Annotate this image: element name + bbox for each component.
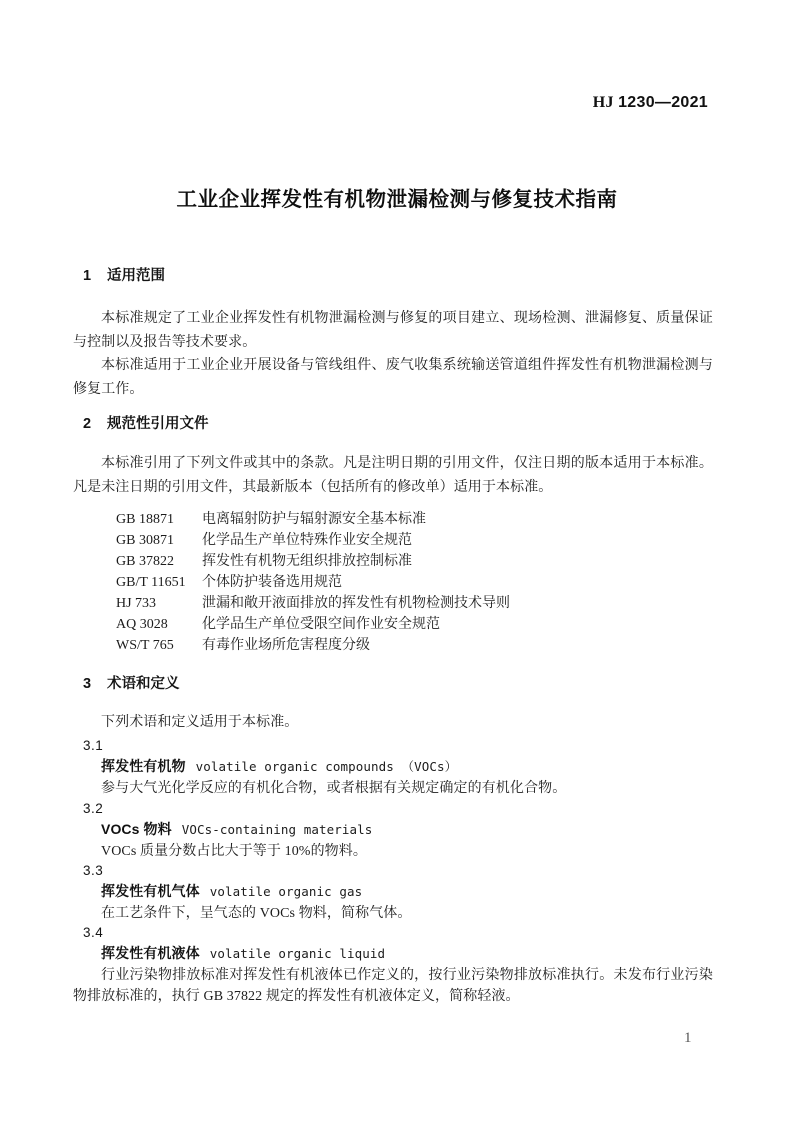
term-title-line: 挥发性有机物volatile organic compounds （VOCs） (73, 756, 713, 778)
term-number: 3.1 (83, 735, 713, 756)
reference-title: 挥发性有机物无组织排放控制标准 (202, 554, 412, 569)
reference-code: GB 30871 (116, 530, 202, 551)
section-2-heading: 2规范性引用文件 (73, 415, 713, 434)
term-definition: VOCs 质量分数占比大于等于 10%的物料。 (73, 841, 713, 862)
section-2-intro: 本标准引用了下列文件或其中的条款。凡是注明日期的引用文件，仅注日期的版本适用于本… (73, 452, 713, 499)
term-title-line: 挥发性有机液体volatile organic liquid (73, 943, 713, 965)
reference-title: 化学品生产单位受限空间作业安全规范 (202, 617, 440, 632)
reference-code: GB 18871 (116, 509, 202, 530)
reference-code: GB/T 11651 (116, 572, 202, 593)
term-name-en: volatile organic compounds （VOCs） (196, 759, 458, 774)
document-page: HJ 1230—2021 工业企业挥发性有机物泄漏检测与修复技术指南 1适用范围… (0, 0, 794, 1123)
term-definition: 行业污染物排放标准对挥发性有机液体已作定义的，按行业污染物排放标准执行。未发布行… (73, 965, 713, 1007)
reference-item: HJ 733泄漏和敞开液面排放的挥发性有机物检测技术导则 (73, 593, 713, 614)
term-name-zh: 挥发性有机液体 (101, 945, 200, 961)
section-2-intro-block: 本标准引用了下列文件或其中的条款。凡是注明日期的引用文件，仅注日期的版本适用于本… (73, 452, 713, 499)
reference-title: 泄漏和敞开液面排放的挥发性有机物检测技术导则 (202, 596, 510, 611)
reference-code: GB 37822 (116, 551, 202, 572)
section-2-title: 规范性引用文件 (107, 416, 209, 432)
section-1-paragraph-1: 本标准规定了工业企业挥发性有机物泄漏检测与修复的项目建立、现场检测、泄漏修复、质… (73, 307, 713, 354)
section-1-heading: 1适用范围 (73, 267, 713, 286)
reference-item: GB/T 11651个体防护装备选用规范 (73, 572, 713, 593)
term-definition: 在工艺条件下，呈气态的 VOCs 物料，简称气体。 (73, 903, 713, 924)
term-number: 3.3 (83, 860, 713, 881)
document-title: 工业企业挥发性有机物泄漏检测与修复技术指南 (0, 185, 794, 215)
section-1-title: 适用范围 (107, 268, 165, 284)
term-3-1: 3.1 挥发性有机物volatile organic compounds （VO… (73, 735, 713, 799)
reference-title: 个体防护装备选用规范 (202, 575, 342, 590)
section-3-intro-block: 下列术语和定义适用于本标准。 (73, 712, 713, 733)
reference-item: WS/T 765有毒作业场所危害程度分级 (73, 635, 713, 656)
term-3-4: 3.4 挥发性有机液体volatile organic liquid 行业污染物… (73, 922, 713, 1007)
term-3-2: 3.2 VOCs 物料VOCs-containing materials VOC… (73, 798, 713, 862)
reference-item: GB 18871电离辐射防护与辐射源安全基本标准 (73, 509, 713, 530)
reference-title: 电离辐射防护与辐射源安全基本标准 (202, 512, 426, 527)
section-1-body: 本标准规定了工业企业挥发性有机物泄漏检测与修复的项目建立、现场检测、泄漏修复、质… (73, 307, 713, 401)
reference-code: HJ 733 (116, 593, 202, 614)
term-name-en: volatile organic liquid (210, 946, 385, 961)
term-number: 3.4 (83, 922, 713, 943)
reference-title: 化学品生产单位特殊作业安全规范 (202, 533, 412, 548)
reference-item: AQ 3028化学品生产单位受限空间作业安全规范 (73, 614, 713, 635)
term-name-en: VOCs-containing materials (182, 822, 373, 837)
doc-number-label: HJ (593, 94, 614, 111)
term-number: 3.2 (83, 798, 713, 819)
term-name-zh: 挥发性有机气体 (101, 883, 200, 899)
term-name-zh: VOCs 物料 (101, 821, 172, 837)
term-title-line: 挥发性有机气体volatile organic gas (73, 881, 713, 903)
doc-number-value: 1230—2021 (618, 94, 708, 111)
reference-list: GB 18871电离辐射防护与辐射源安全基本标准 GB 30871化学品生产单位… (73, 509, 713, 656)
section-3-intro: 下列术语和定义适用于本标准。 (73, 712, 713, 733)
reference-item: GB 30871化学品生产单位特殊作业安全规范 (73, 530, 713, 551)
section-3-heading: 3术语和定义 (73, 675, 713, 694)
page-number: 1 (684, 1030, 692, 1047)
reference-item: GB 37822挥发性有机物无组织排放控制标准 (73, 551, 713, 572)
term-title-line: VOCs 物料VOCs-containing materials (73, 819, 713, 841)
section-2-number: 2 (83, 415, 107, 434)
section-3-title: 术语和定义 (107, 676, 180, 692)
term-name-en: volatile organic gas (210, 884, 363, 899)
section-3-number: 3 (83, 675, 107, 694)
doc-number: HJ 1230—2021 (593, 93, 708, 113)
term-definition: 参与大气光化学反应的有机化合物，或者根据有关规定确定的有机化合物。 (73, 778, 713, 799)
reference-title: 有毒作业场所危害程度分级 (202, 638, 370, 653)
term-3-3: 3.3 挥发性有机气体volatile organic gas 在工艺条件下，呈… (73, 860, 713, 924)
reference-code: WS/T 765 (116, 635, 202, 656)
reference-code: AQ 3028 (116, 614, 202, 635)
section-1-paragraph-2: 本标准适用于工业企业开展设备与管线组件、废气收集系统输送管道组件挥发性有机物泄漏… (73, 354, 713, 401)
term-name-zh: 挥发性有机物 (101, 758, 186, 774)
section-1-number: 1 (83, 267, 107, 286)
